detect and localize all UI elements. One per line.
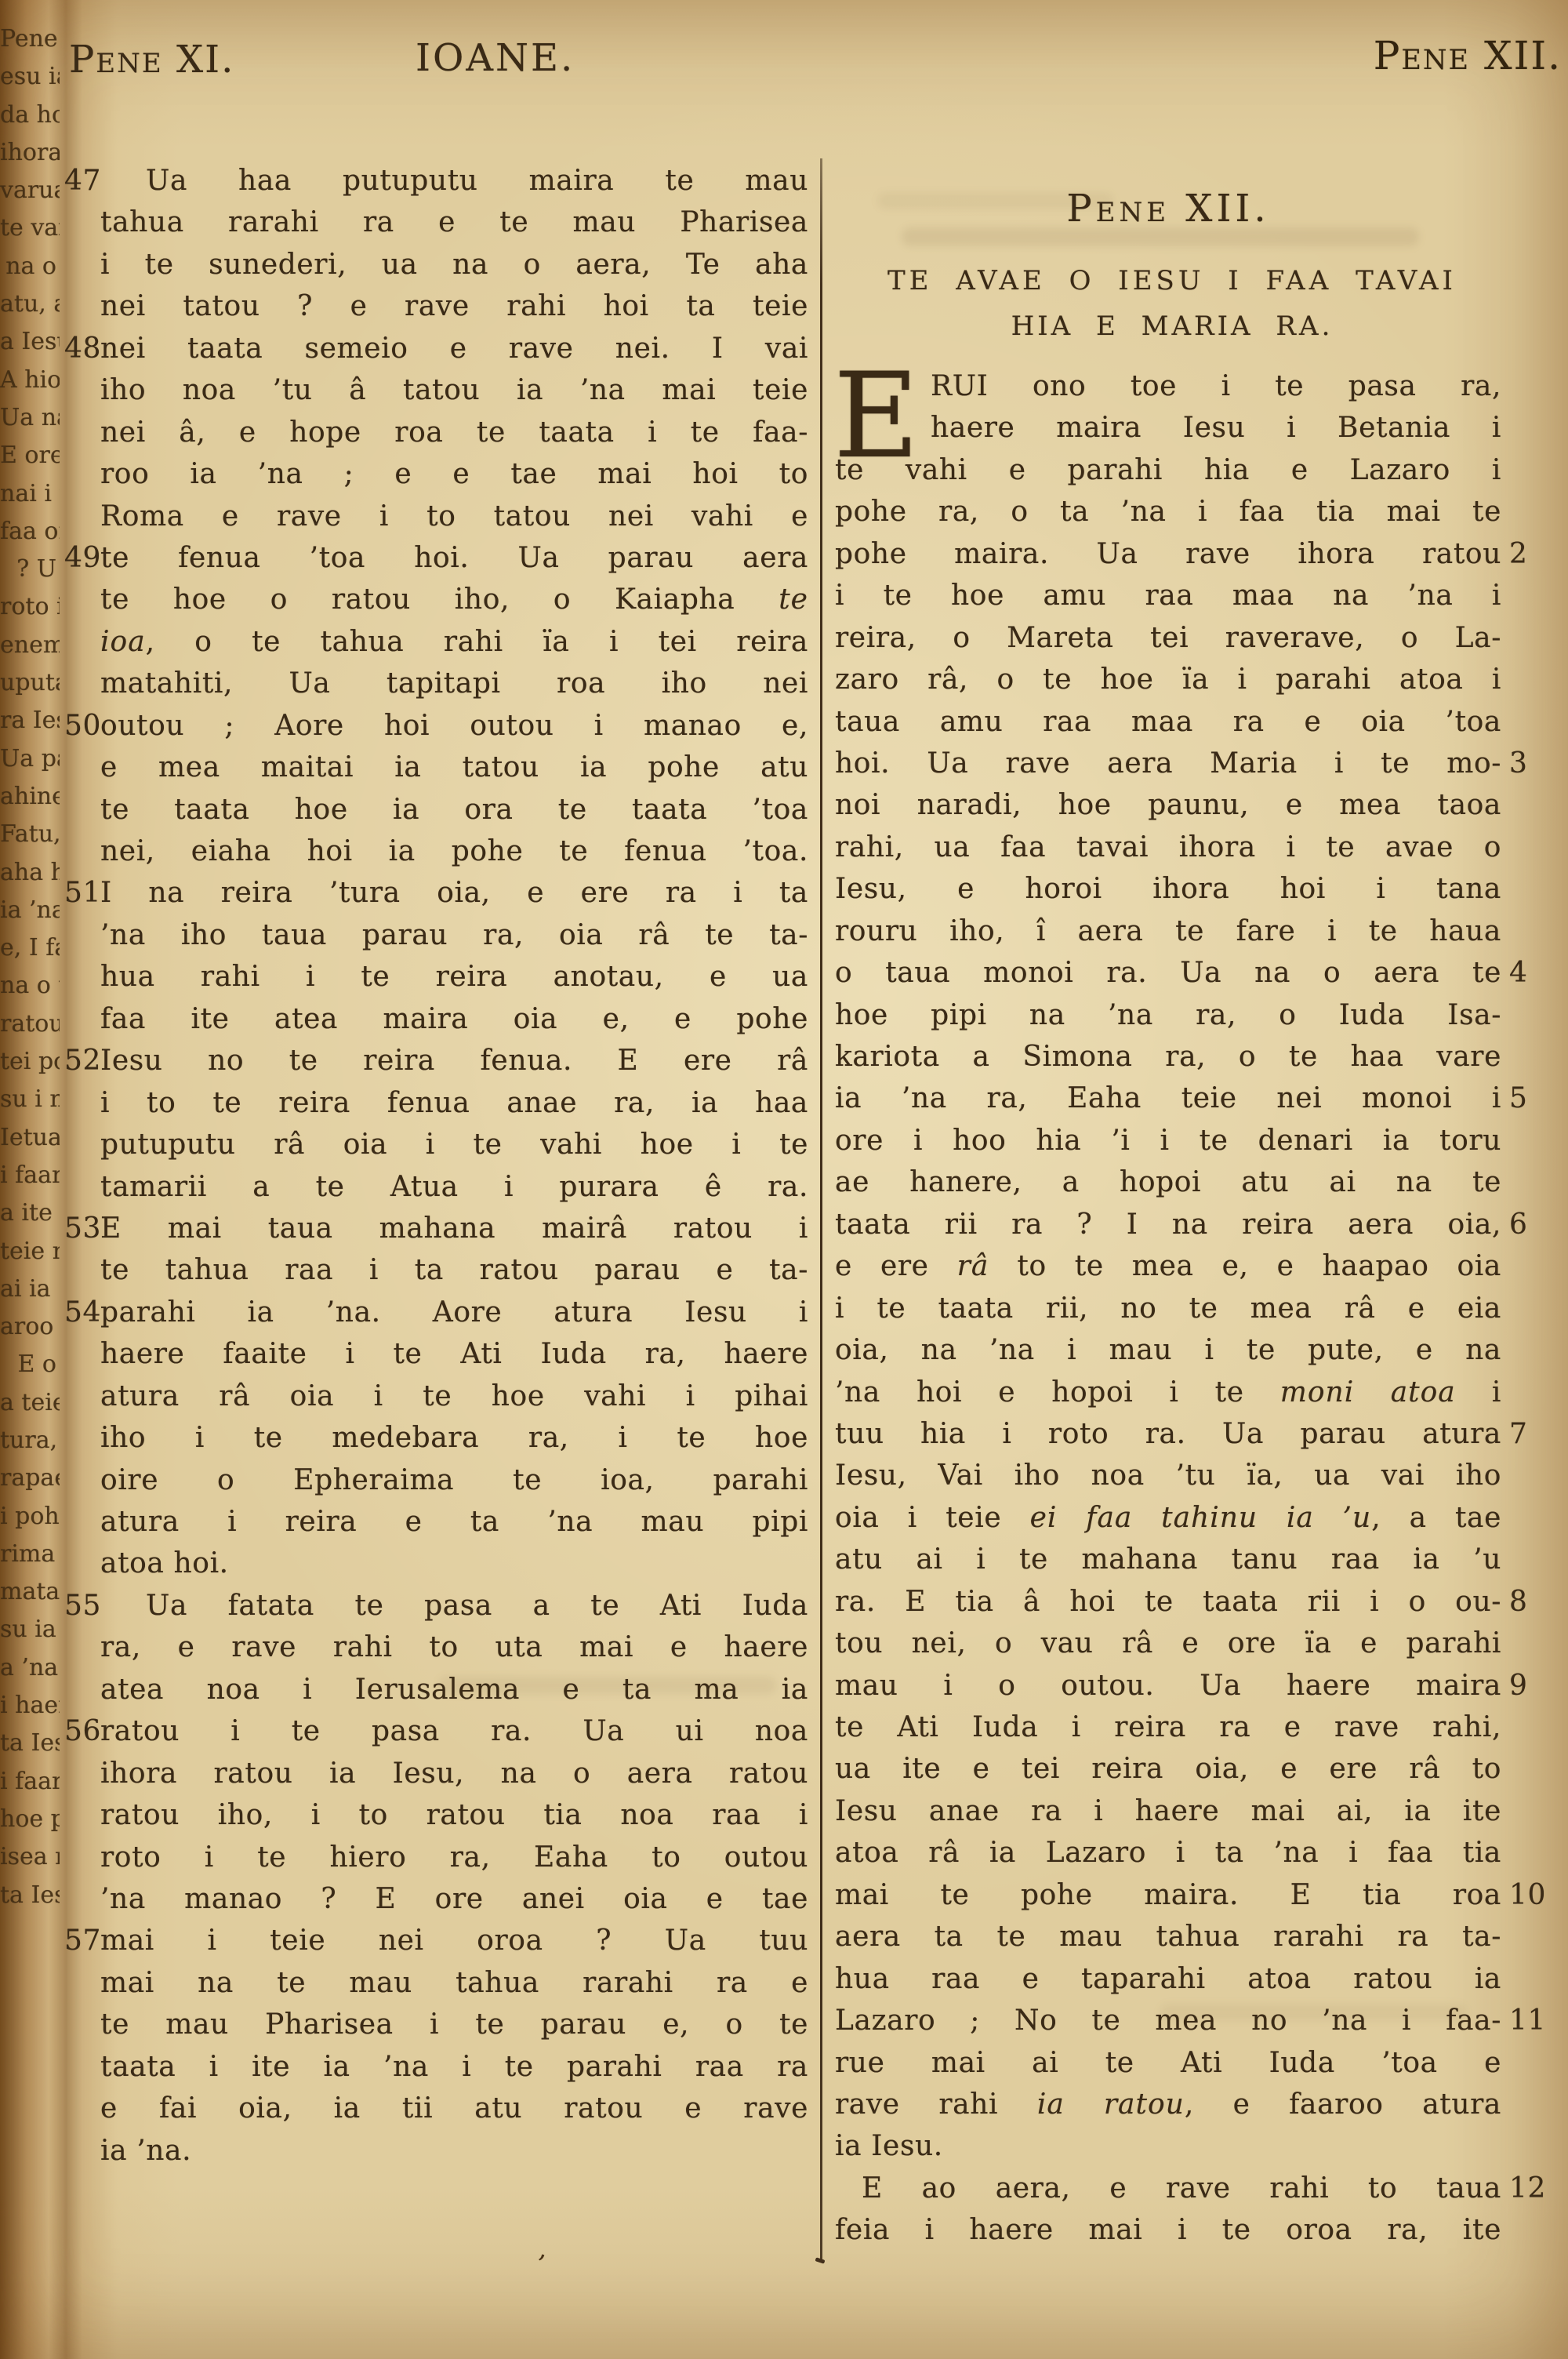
verse-text: noi naradi, hoe paunu, e mea taoa [835, 789, 1501, 821]
verse-text: tahua rarahi ra e te mau Pharisea [100, 206, 808, 238]
gutter-fragment: i pohe [0, 1498, 60, 1536]
verse-text: Roma e rave i to tatou nei vahi e [100, 500, 808, 533]
text-line: atoa hoi. [100, 1543, 808, 1584]
verse-text: Iesu no te reira fenua. E ere râ [100, 1045, 808, 1077]
text-line: ua ite e tei reira oia, e ere râ to [835, 1748, 1501, 1790]
chapter-heading: Pene XII. [835, 187, 1501, 231]
verse-text: atoa hoi. [100, 1547, 229, 1579]
text-line: te mau Pharisea i te parau e, o te [100, 2004, 808, 2045]
verse-text: Iesu anae ra i haere mai ai, ia ite [835, 1795, 1501, 1827]
gutter-fragment: a teie [0, 1384, 60, 1422]
verse-text: parahi ia ’na. Aore atura Iesu i [100, 1296, 808, 1329]
verse-text: oia i teie ei faa tahinu ia ’u, a tae [835, 1502, 1501, 1534]
verse-text: atura râ oia i te hoe vahi i pihai [100, 1380, 808, 1412]
text-line: atoa râ ia Lazaro i ta ’na i faa tia [835, 1832, 1501, 1874]
text-line: 2pohe maira. Ua rave ihora ratou [835, 533, 1501, 575]
divider-end-mark [815, 2257, 826, 2263]
text-line: 47Ua haa putuputu maira te mau [100, 160, 808, 202]
gutter-fragment: E o [0, 1346, 60, 1383]
verse-text: oia, na ’na i mau i te pute, e na [835, 1334, 1501, 1366]
text-line: te vahi e parahi hia e Lazaro i [835, 449, 1501, 491]
text-line: 8ra. E tia â hoi te taata rii i o ou- [835, 1581, 1501, 1623]
text-line: i to te reira fenua anae ra, ia haa [100, 1082, 808, 1124]
text-line: 54parahi ia ’na. Aore atura Iesu i [100, 1292, 808, 1333]
text-line: 5ia ’na ra, Eaha teie nei monoi i [835, 1078, 1501, 1119]
gutter-fragment: na o t [0, 967, 60, 1005]
verse-number: 47 [64, 160, 96, 202]
verse-text: putuputu râ oia i te vahi hoe i te [100, 1129, 808, 1161]
right-text-column: E RUI ono toe i te pasa ra,haere maira I… [835, 365, 1501, 2252]
text-line: tahua rarahi ra e te mau Pharisea [100, 202, 808, 243]
gutter-fragment: aroo ra [0, 1308, 60, 1346]
text-line: 55Ua fatata te pasa a te Ati Iuda [100, 1585, 808, 1627]
gutter-fragment: rima e [0, 1536, 60, 1573]
verse-text: e ere râ to te mea e, e haapao oia [835, 1250, 1501, 1282]
gutter-fragment: uputai [0, 664, 60, 702]
text-line: 49te fenua ’toa hoi. Ua parau aera [100, 537, 808, 579]
verse-text: roo ia ’na ; e e tae mai hoi to [100, 458, 808, 490]
verse-text: rave rahi ia ratou, e faaroo atura [835, 2088, 1501, 2121]
text-line: 11Lazaro ; No te mea no ’na i faa- [835, 2000, 1501, 2041]
verse-text: zaro râ, o te hoe ïa i parahi atoa i [835, 663, 1501, 696]
text-line: 53E mai taua mahana mairâ ratou i [100, 1208, 808, 1249]
verse-text: e mea maitai ia tatou ia pohe atu [100, 751, 808, 783]
gutter-fragment: esu ia [0, 58, 60, 96]
text-line: reira, o Mareta tei raverave, o La- [835, 617, 1501, 659]
verse-text: taata i ite ia ’na i te parahi raa ra [100, 2051, 808, 2083]
gutter-fragment: tura, I [0, 1422, 60, 1459]
verse-text: ’na hoi e hopoi i te moni atoa i [835, 1376, 1501, 1408]
text-line: ore i hoo hia ’i i te denari ia toru [835, 1120, 1501, 1161]
text-line: haere faaite i te Ati Iuda ra, haere [100, 1333, 808, 1375]
gutter-fragment: ? U [0, 551, 60, 588]
text-line: e ere râ to te mea e, e haapao oia [835, 1245, 1501, 1287]
verse-number: 9 [1497, 1665, 1564, 1707]
text-line: 12E ao aera, e rave rahi to taua [835, 2168, 1501, 2209]
verse-text: te mau Pharisea i te parau e, o te [100, 2008, 808, 2041]
verse-text: outou ; Aore hoi outou i manao e, [100, 710, 808, 742]
verse-text: tamarii a te Atua i purara ê ra. [100, 1171, 808, 1203]
verse-number: 4 [1497, 952, 1564, 994]
verse-text: E ao aera, e rave rahi to taua [862, 2172, 1501, 2205]
verse-text: nei, eiaha hoi ia pohe te fenua ’toa. [100, 835, 808, 867]
verse-text: tou nei, o vau râ e ore ïa e parahi [835, 1627, 1501, 1659]
verse-number: 6 [1497, 1204, 1564, 1245]
gutter-fragment: A hio [0, 362, 60, 399]
gutter-fragment: a ’na ia [0, 1649, 60, 1687]
verse-text: te tahua raa i ta ratou parau e ta- [100, 1254, 808, 1286]
running-head-book-title: IOANE. [416, 36, 575, 80]
text-line: rave rahi ia ratou, e faaroo atura [835, 2084, 1501, 2125]
gutter-fragment: varua, [0, 172, 60, 209]
verse-number: 12 [1497, 2168, 1564, 2209]
stray-ink-mark: ’ [532, 2248, 547, 2281]
gutter-fragment: ahine [0, 778, 60, 816]
text-line: hoe pipi na ’na ra, o Iuda Isa- [835, 994, 1501, 1036]
verse-text: roto i te hiero ra, Eaha to outou [100, 1841, 808, 1874]
text-line: nei, eiaha hoi ia pohe te fenua ’toa. [100, 831, 808, 872]
verse-text: o taua monoi ra. Ua na o aera te [835, 957, 1501, 989]
text-line: e fai oia, ia tii atu ratou e rave [100, 2088, 808, 2129]
text-line: tou nei, o vau râ e ore ïa e parahi [835, 1623, 1501, 1664]
verse-text: mai na te mau tahua rarahi ra e [100, 1967, 808, 1999]
gutter-fragment: teie ne [0, 1233, 60, 1270]
text-line: taua amu raa maa ra e oia ’toa [835, 701, 1501, 743]
verse-number: 51 [64, 872, 96, 914]
text-line: ’na hoi e hopoi i te moni atoa i [835, 1372, 1501, 1413]
verse-number: 2 [1497, 533, 1564, 575]
verse-text: i te sunederi, ua na o aera, Te aha [100, 249, 808, 281]
verse-text: oire o Epheraima te ioa, parahi [100, 1464, 808, 1496]
verse-number: 52 [64, 1040, 96, 1081]
verse-text: kariota a Simona ra, o te haa vare [835, 1041, 1501, 1073]
text-line: te taata hoe ia ora te taata ’toa [100, 789, 808, 831]
verse-number: 57 [64, 1920, 96, 1961]
gutter-fragment: mata i [0, 1573, 60, 1611]
text-line: 10mai te pohe maira. E tia roa [835, 1874, 1501, 1916]
text-line: rouru iho, î aera te fare i te haua [835, 911, 1501, 952]
verse-text: atea noa i Ierusalema e ta ma ia [100, 1674, 808, 1706]
gutter-fragment: Ietua, e [0, 1119, 60, 1157]
gutter-edge-facing-page: Pene Xesu iada hoiihoravarua,te vaina oa… [0, 0, 60, 2359]
verse-text: rue mai ai te Ati Iuda ’toa e [835, 2047, 1501, 2079]
text-line: tamarii a te Atua i purara ê ra. [100, 1166, 808, 1208]
verse-text: atu ai i te mahana tanu raa ia ’u [835, 1543, 1501, 1576]
verse-text: ratou iho, i to ratou tia noa raa i [100, 1799, 808, 1831]
text-line: mai na te mau tahua rarahi ra e [100, 1962, 808, 2004]
gutter-fragment: Fatu, u [0, 816, 60, 853]
text-line: ’na manao ? E ore anei oia e tae [100, 1878, 808, 1920]
text-line: faa ite atea maira oia e, e pohe [100, 998, 808, 1040]
gutter-fragment: Pene X [0, 20, 60, 58]
verse-text: i to te reira fenua anae ra, ia haa [100, 1087, 808, 1119]
text-line: aera ta te mau tahua rarahi ra ta- [835, 1916, 1501, 1957]
text-line: putuputu râ oia i te vahi hoe i te [100, 1124, 808, 1165]
text-line: matahiti, Ua tapitapi roa iho nei [100, 663, 808, 704]
verse-text: haere faaite i te Ati Iuda ra, haere [100, 1338, 808, 1370]
text-line: pohe ra, o ta ’na i faa tia mai te [835, 491, 1501, 533]
text-line: Iesu, Vai iho noa ’tu ïa, ua vai iho [835, 1455, 1501, 1496]
text-line: atura i reira e ta ’na mau pipi [100, 1501, 808, 1543]
text-line: te Ati Iuda i reira ra e rave rahi, [835, 1707, 1501, 1748]
book-page-scan: Pene Xesu iada hoiihoravarua,te vaina oa… [0, 0, 1568, 2359]
gutter-fragment: i faaroo [0, 1763, 60, 1801]
verse-text: ioa, o te tahua rahi ïa i tei reira [100, 626, 808, 658]
text-line: oire o Epheraima te ioa, parahi [100, 1459, 808, 1501]
gutter-fragment: isea ra [0, 1838, 60, 1876]
text-line: ia ’na. [100, 2130, 808, 2172]
verse-text: Iesu, e horoi ihora hoi i tana [835, 873, 1501, 905]
verse-text: ia ’na ra, Eaha teie nei monoi i [835, 1082, 1501, 1114]
text-line: 50outou ; Aore hoi outou i manao e, [100, 705, 808, 747]
verse-text: te vahi e parahi hia e Lazaro i [835, 454, 1501, 486]
text-line: oia, na ’na i mau i te pute, e na [835, 1329, 1501, 1371]
running-head-chapter-left: Pene XI. [69, 38, 234, 82]
gutter-fragment: roto i [0, 588, 60, 626]
verse-text: Iesu, Vai iho noa ’tu ïa, ua vai iho [835, 1459, 1501, 1492]
verse-text: rouru iho, î aera te fare i te haua [835, 915, 1501, 947]
verse-text: iho i te medebara ra, i te hoe [100, 1422, 808, 1454]
verse-text: tuu hia i roto ra. Ua parau atura [835, 1418, 1501, 1450]
gutter-fragment: te vai [0, 209, 60, 247]
gutter-fragment: aha hi [0, 854, 60, 892]
verse-text: te fenua ’toa hoi. Ua parau aera [100, 542, 808, 574]
text-line: nei tatou ? e rave rahi hoi ta teie [100, 285, 808, 327]
verse-text: E mai taua mahana mairâ ratou i [100, 1212, 808, 1245]
gutter-fragment: da hoi [0, 96, 60, 134]
verse-number: 10 [1497, 1874, 1564, 1916]
gutter-fragment: enem [0, 627, 60, 664]
gutter-fragment: ta Iesu [0, 1725, 60, 1762]
text-line: ra, e rave rahi to uta mai e haere [100, 1627, 808, 1668]
gutter-fragment: rapae [0, 1459, 60, 1497]
verse-number: 7 [1497, 1413, 1564, 1455]
gutter-fragment: ra Iesu [0, 702, 60, 740]
verse-number: 56 [64, 1710, 96, 1752]
text-line: nei â, e hope roa te taata i te faa- [100, 412, 808, 453]
verse-text: mau i o outou. Ua haere maira [835, 1670, 1501, 1702]
running-head-chapter-right: Pene XII. [1374, 33, 1562, 78]
verse-text: taua amu raa maa ra e oia ’toa [835, 706, 1501, 738]
gutter-fragment: ratou i [0, 1005, 60, 1043]
verse-number: 11 [1497, 2000, 1564, 2041]
chapter-subtitle-line: HIA E MARIA RA. [827, 311, 1517, 342]
verse-text: hua raa e taparahi atoa ratou ia [835, 1963, 1501, 1995]
verse-number: 3 [1497, 743, 1564, 784]
text-line: e mea maitai ia tatou ia pohe atu [100, 747, 808, 788]
text-line: 56ratou i te pasa ra. Ua ui noa [100, 1710, 808, 1752]
text-line: hua raa e taparahi atoa ratou ia [835, 1958, 1501, 2000]
verse-text: Lazaro ; No te mea no ’na i faa- [835, 2005, 1501, 2037]
verse-number: 5 [1497, 1078, 1564, 1119]
text-line: ioa, o te tahua rahi ïa i tei reira [100, 621, 808, 663]
verse-number: 49 [64, 537, 96, 579]
text-line: feia i haere mai i te oroa ra, ite [835, 2209, 1501, 2251]
verse-text: haere maira Iesu i Betania i [931, 412, 1501, 444]
text-line: i te hoe amu raa maa na ’na i [835, 575, 1501, 616]
gutter-fragment: nai i te [0, 475, 60, 513]
verse-number: 54 [64, 1292, 96, 1333]
verse-text: rahi, ua faa tavai ihora i te avae o [835, 831, 1501, 863]
verse-text: ra. E tia â hoi te taata rii i o ou- [835, 1586, 1501, 1618]
verse-number: 8 [1497, 1581, 1564, 1623]
verse-text: matahiti, Ua tapitapi roa iho nei [100, 667, 808, 700]
gutter-fragment: ta Iesu [0, 1877, 60, 1914]
column-divider-rule [820, 158, 822, 2262]
text-line: 48nei taata semeio e rave nei. I vai [100, 328, 808, 369]
gutter-fragment: Ua pa [0, 740, 60, 778]
gutter-fragment: a ite a [0, 1194, 60, 1232]
text-line: ae hanere, a hopoi atu ai na te [835, 1161, 1501, 1203]
verse-text: nei tatou ? e rave rahi hoi ta teie [100, 290, 808, 322]
text-line: noi naradi, hoe paunu, e mea taoa [835, 784, 1501, 826]
text-line: i te taata rii, no te mea râ e eia [835, 1288, 1501, 1329]
verse-text: taata rii ra ? I na reira aera oia, [835, 1209, 1501, 1241]
verse-text: ratou i te pasa ra. Ua ui noa [100, 1715, 808, 1747]
verse-text: mai te pohe maira. E tia roa [835, 1879, 1501, 1911]
gutter-fragment: ai ia ’ [0, 1270, 60, 1308]
text-line: haere maira Iesu i Betania i [835, 407, 1501, 449]
verse-text: i te hoe amu raa maa na ’na i [835, 580, 1501, 612]
gutter-fragment: E ore [0, 437, 60, 474]
gutter-fragment: atu, a [0, 285, 60, 323]
text-line: hua rahi i te reira anotau, e ua [100, 956, 808, 998]
verse-number: 50 [64, 705, 96, 747]
text-line: oia i teie ei faa tahinu ia ’u, a tae [835, 1497, 1501, 1539]
text-line: 4o taua monoi ra. Ua na o aera te [835, 952, 1501, 994]
verse-text: ’na iho taua parau ra, oia râ te ta- [100, 919, 808, 951]
verse-text: te Ati Iuda i reira ra e rave rahi, [835, 1711, 1501, 1743]
text-line: taata i ite ia ’na i te parahi raa ra [100, 2046, 808, 2088]
text-line: 51I na reira ’tura oia, e ere ra i ta [100, 872, 808, 914]
text-line: ratou iho, i to ratou tia noa raa i [100, 1794, 808, 1836]
gutter-fragment: i haere [0, 1687, 60, 1725]
gutter-fragment: ihora [0, 134, 60, 172]
text-line: iho noa ’tu â tatou ia ’na mai teie [100, 369, 808, 411]
gutter-fragment: tei poh [0, 1043, 60, 1081]
verse-text: mai i teie nei oroa ? Ua tuu [100, 1925, 808, 1957]
left-text-column: 47Ua haa putuputu maira te mautahua rara… [100, 160, 808, 2172]
verse-text: atoa râ ia Lazaro i ta ’na i faa tia [835, 1837, 1501, 1869]
text-line: ’na iho taua parau ra, oia râ te ta- [100, 914, 808, 956]
verse-text: pohe ra, o ta ’na i faa tia mai te [835, 496, 1501, 528]
text-line: 3hoi. Ua rave aera Maria i te mo- [835, 743, 1501, 784]
verse-text: feia i haere mai i te oroa ra, ite [835, 2214, 1501, 2246]
verse-text: ihora ratou ia Iesu, na o aera ratou [100, 1757, 808, 1790]
text-line: iho i te medebara ra, i te hoe [100, 1417, 808, 1459]
verse-text: e fai oia, ia tii atu ratou e rave [100, 2092, 808, 2125]
text-line: RUI ono toe i te pasa ra, [835, 365, 1501, 407]
verse-text: iho noa ’tu â tatou ia ’na mai teie [100, 374, 808, 406]
verse-text: te hoe o ratou iho, o Kaiapha te [100, 583, 808, 616]
text-line: Iesu anae ra i haere mai ai, ia ite [835, 1790, 1501, 1832]
text-line: ia Iesu. [835, 2125, 1501, 2167]
gutter-fragment: i faaro [0, 1157, 60, 1194]
text-line: Roma e rave i to tatou nei vahi e [100, 496, 808, 537]
verse-text: ore i hoo hia ’i i te denari ia toru [835, 1125, 1501, 1157]
verse-text: Ua fatata te pasa a te Ati Iuda [146, 1590, 808, 1622]
text-line: te hoe o ratou iho, o Kaiapha te [100, 579, 808, 620]
verse-text: I na reira ’tura oia, e ere ra i ta [100, 877, 808, 909]
text-line: zaro râ, o te hoe ïa i parahi atoa i [835, 659, 1501, 700]
text-line: roto i te hiero ra, Eaha to outou [100, 1837, 808, 1878]
gutter-fragment: na o [0, 248, 60, 285]
gutter-fragment: Ua na o [0, 399, 60, 437]
text-line: te tahua raa i ta ratou parau e ta- [100, 1249, 808, 1291]
text-line: 9mau i o outou. Ua haere maira [835, 1665, 1501, 1707]
verse-text: i te taata rii, no te mea râ e eia [835, 1292, 1501, 1325]
text-line: 52Iesu no te reira fenua. E ere râ [100, 1040, 808, 1081]
verse-text: RUI ono toe i te pasa ra, [931, 370, 1501, 402]
text-line: 7tuu hia i roto ra. Ua parau atura [835, 1413, 1501, 1455]
gutter-fragment: e, I faa [0, 929, 60, 967]
verse-text: hoe pipi na ’na ra, o Iuda Isa- [835, 999, 1501, 1031]
text-line: rue mai ai te Ati Iuda ’toa e [835, 2042, 1501, 2084]
gutter-fragment: faa on [0, 513, 60, 551]
text-line: ihora ratou ia Iesu, na o aera ratou [100, 1753, 808, 1794]
verse-number: 48 [64, 328, 96, 369]
gutter-fragment: ia ’na [0, 892, 60, 929]
verse-text: te taata hoe ia ora te taata ’toa [100, 794, 808, 826]
verse-text: reira, o Mareta tei raverave, o La- [835, 622, 1501, 654]
verse-text: ia ’na. [100, 2135, 191, 2167]
text-line: 6taata rii ra ? I na reira aera oia, [835, 1204, 1501, 1245]
verse-number: 53 [64, 1208, 96, 1249]
verse-text: faa ite atea maira oia e, e pohe [100, 1003, 808, 1035]
verse-text: ra, e rave rahi to uta mai e haere [100, 1631, 808, 1663]
gutter-fragment: su i ni [0, 1081, 60, 1118]
verse-text: hua rahi i te reira anotau, e ua [100, 961, 808, 993]
text-line: roo ia ’na ; e e tae mai hoi to [100, 453, 808, 495]
verse-number: 55 [64, 1585, 96, 1627]
verse-text: ’na manao ? E ore anei oia e tae [100, 1883, 808, 1915]
text-line: atu ai i te mahana tanu raa ia ’u [835, 1539, 1501, 1580]
text-line: i te sunederi, ua na o aera, Te aha [100, 244, 808, 285]
gutter-fragment: a Iesu. [0, 323, 60, 361]
text-line: rahi, ua faa tavai ihora i te avae o [835, 827, 1501, 868]
gutter-fragment: su ia ra [0, 1611, 60, 1648]
text-line: Iesu, e horoi ihora hoi i tana [835, 868, 1501, 910]
verse-text: hoi. Ua rave aera Maria i te mo- [835, 747, 1501, 780]
text-line: kariota a Simona ra, o te haa vare [835, 1036, 1501, 1078]
verse-text: ae hanere, a hopoi atu ai na te [835, 1166, 1501, 1198]
gutter-fragment: hoe pae [0, 1801, 60, 1838]
verse-text: nei â, e hope roa te taata i te faa- [100, 416, 808, 449]
verse-text: ua ite e tei reira oia, e ere râ to [835, 1753, 1501, 1785]
verse-text: atura i reira e ta ’na mau pipi [100, 1506, 808, 1538]
chapter-subtitle-line: TE AVAE O IESU I FAA TAVAI [827, 265, 1517, 296]
verse-text: nei taata semeio e rave nei. I vai [100, 333, 808, 365]
text-line: atura râ oia i te hoe vahi i pihai [100, 1376, 808, 1417]
verse-text: aera ta te mau tahua rarahi ra ta- [835, 1921, 1501, 1953]
text-line: atea noa i Ierusalema e ta ma ia [100, 1669, 808, 1710]
verse-text: pohe maira. Ua rave ihora ratou [835, 538, 1501, 570]
verse-text: Ua haa putuputu maira te mau [146, 165, 808, 197]
text-line: 57mai i teie nei oroa ? Ua tuu [100, 1920, 808, 1961]
verse-text: ia Iesu. [835, 2130, 943, 2162]
